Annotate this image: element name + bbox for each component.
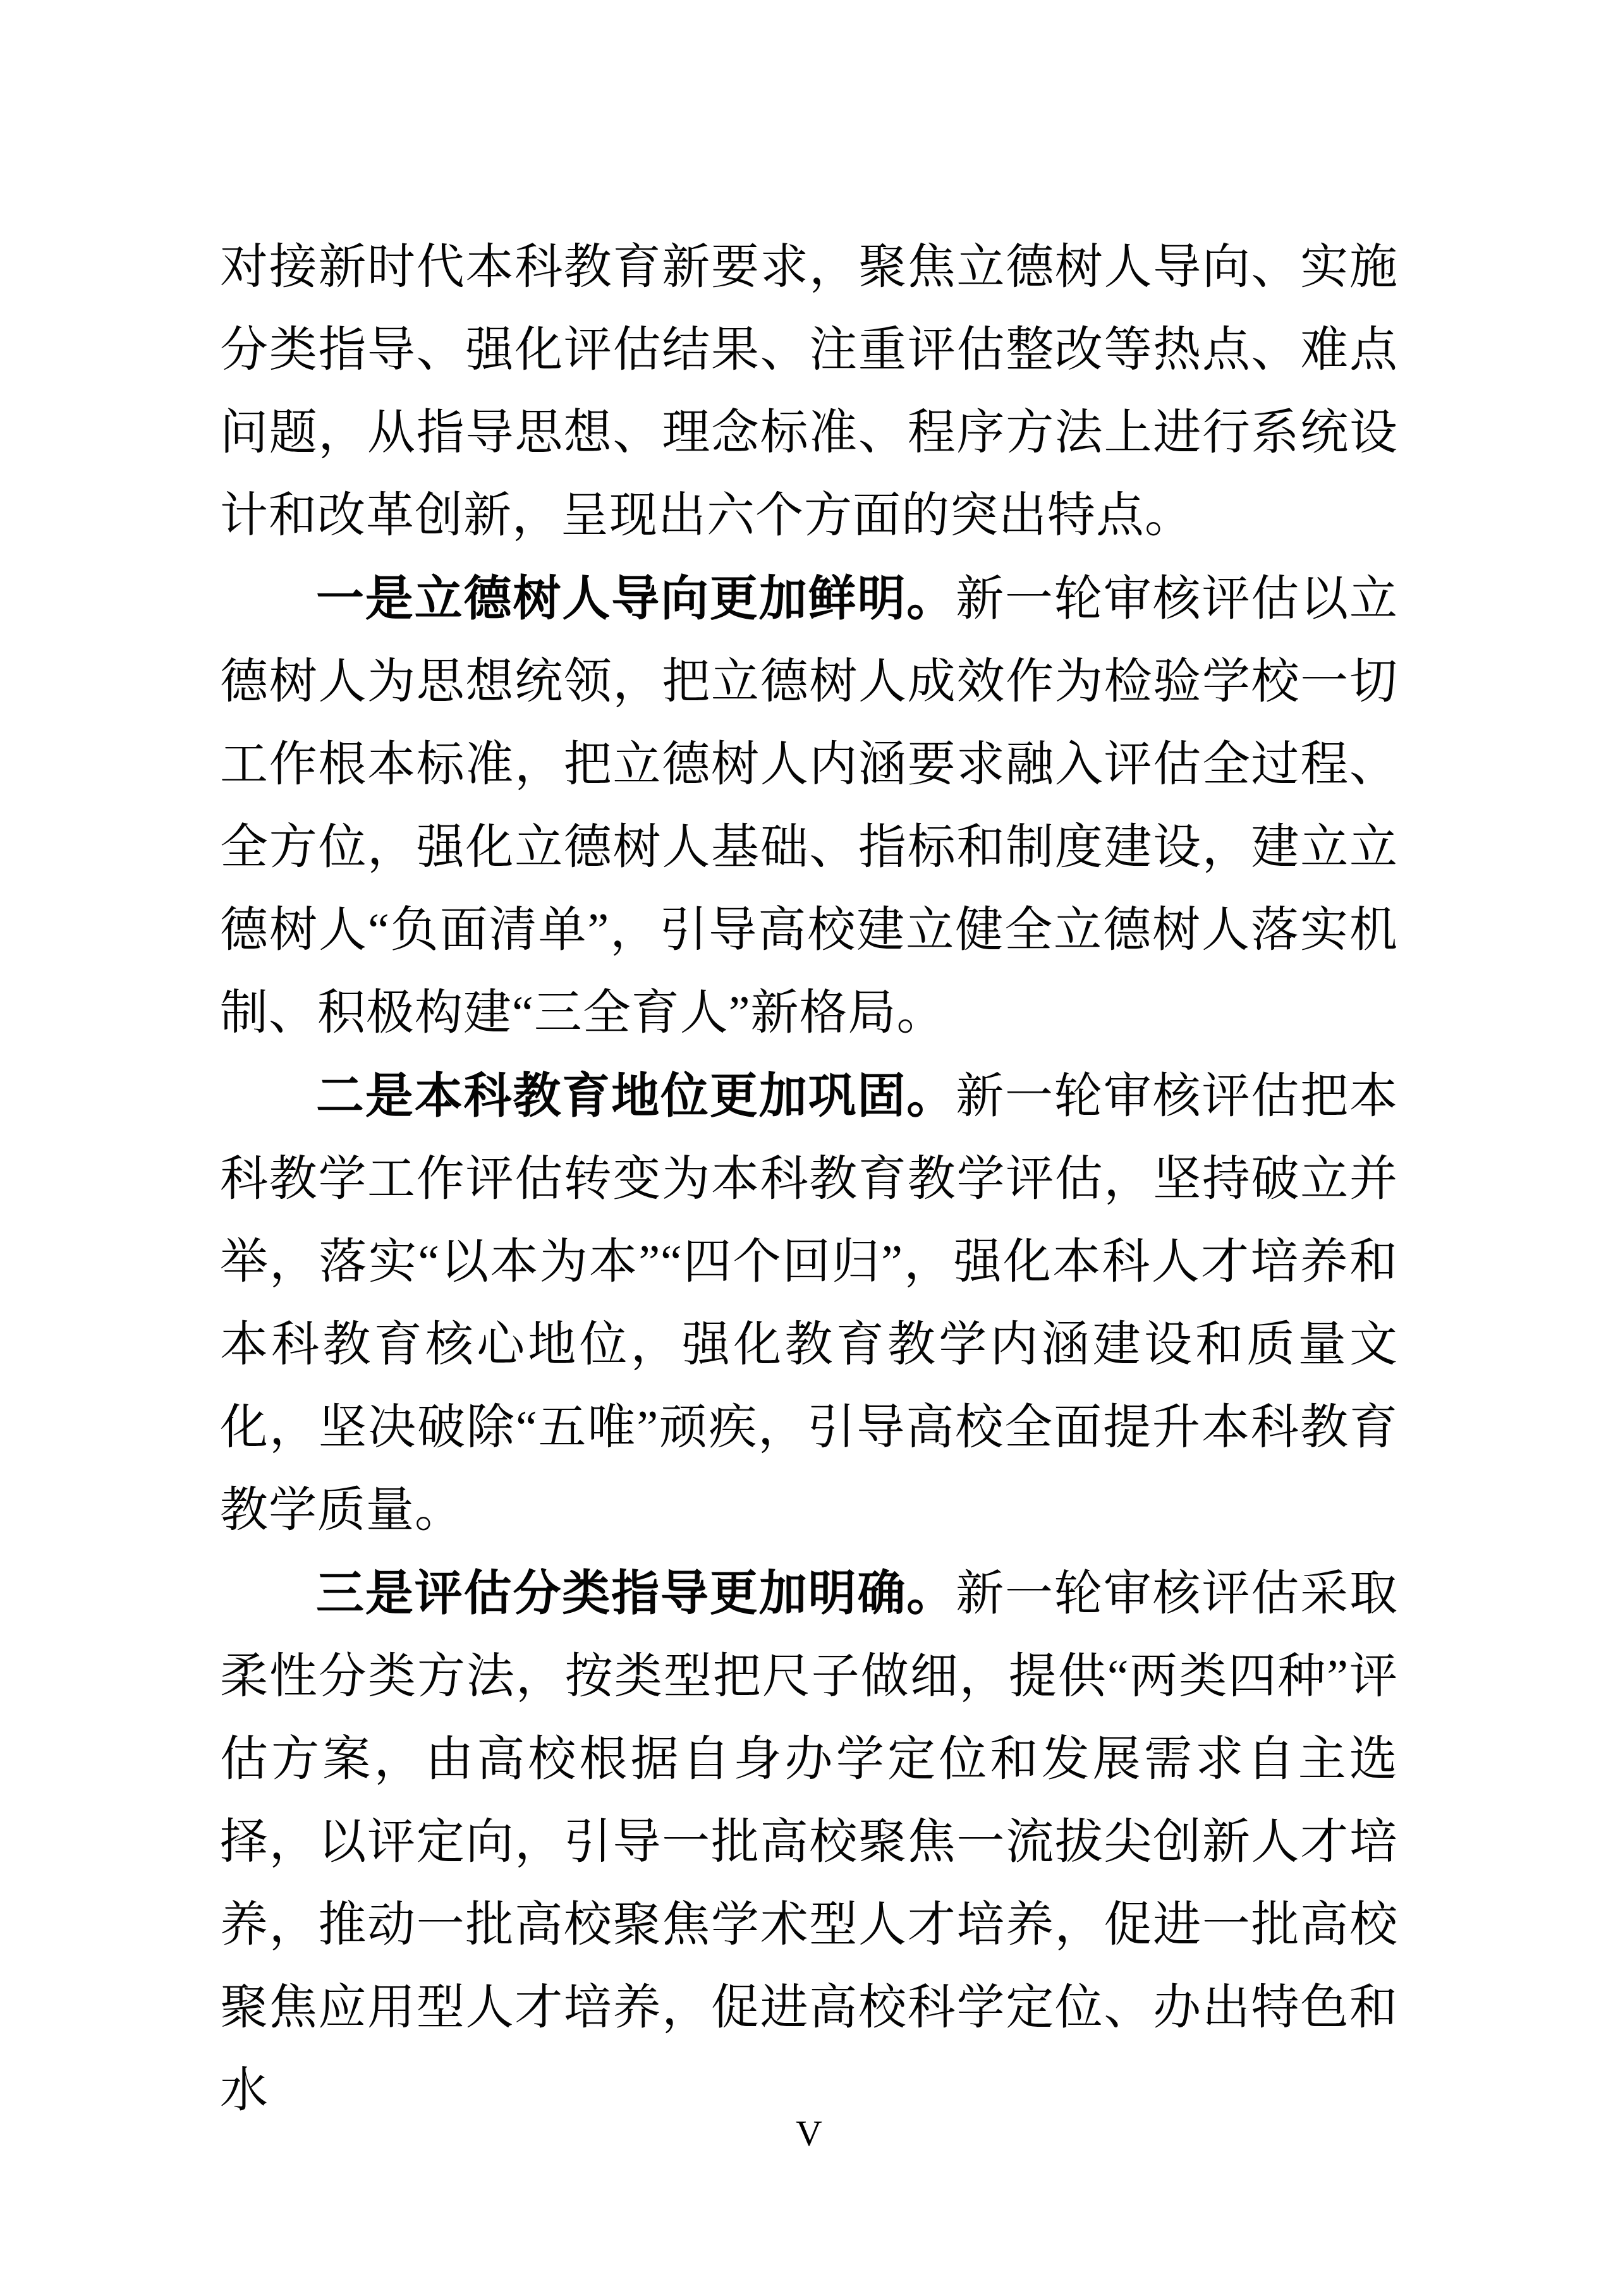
page-number: V	[796, 2113, 822, 2154]
paragraph: 对接新时代本科教育新要求，聚焦立德树人导向、实施分类指导、强化评估结果、注重评估…	[220, 226, 1398, 557]
paragraph-bold-lead: 二是本科教育地位更加巩固。	[316, 1069, 956, 1123]
document-body: 对接新时代本科教育新要求，聚焦立德树人导向、实施分类指导、强化评估结果、注重评估…	[220, 226, 1398, 2132]
paragraph-text: 新一轮审核评估采取柔性分类方法，按类型把尺子做细，提供“两类四种”评估方案，由高…	[220, 1567, 1398, 2117]
paragraph-text: 对接新时代本科教育新要求，聚焦立德树人导向、实施分类指导、强化评估结果、注重评估…	[220, 241, 1398, 542]
paragraph-text: 新一轮审核评估以立德树人为思想统领，把立德树人成效作为检验学校一切工作根本标准，…	[220, 573, 1398, 1040]
paragraph: 三是评估分类指导更加明确。新一轮审核评估采取柔性分类方法，按类型把尺子做细，提供…	[220, 1552, 1398, 2132]
page-footer: V	[0, 2115, 1618, 2153]
paragraph: 二是本科教育地位更加巩固。新一轮审核评估把本科教学工作评估转变为本科教育教学评估…	[220, 1055, 1398, 1552]
paragraph-bold-lead: 一是立德树人导向更加鲜明。	[316, 572, 956, 626]
paragraph-text: 新一轮审核评估把本科教学工作评估转变为本科教育教学评估，坚持破立并举，落实“以本…	[220, 1070, 1398, 1537]
paragraph-bold-lead: 三是评估分类指导更加明确。	[316, 1567, 956, 1620]
document-page: 对接新时代本科教育新要求，聚焦立德树人导向、实施分类指导、强化评估结果、注重评估…	[0, 0, 1618, 2296]
paragraph: 一是立德树人导向更加鲜明。新一轮审核评估以立德树人为思想统领，把立德树人成效作为…	[220, 557, 1398, 1055]
